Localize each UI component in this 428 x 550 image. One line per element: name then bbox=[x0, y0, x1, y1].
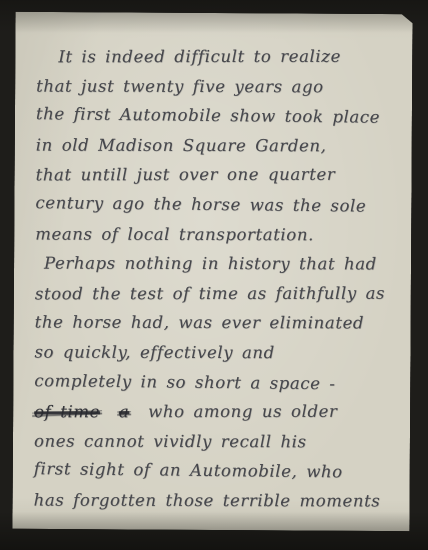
handwritten-line: the first Automobile show took place bbox=[36, 99, 400, 132]
struck-text: a bbox=[119, 402, 129, 421]
scan-background: It is indeed difficult to realizethat ju… bbox=[0, 0, 428, 550]
handwritten-line: stood the test of time as faithfully as bbox=[35, 278, 399, 308]
handwritten-line: has forgotten those terrible moments bbox=[34, 485, 398, 516]
handwritten-line: Perhaps nothing in history that had bbox=[35, 249, 399, 280]
handwritten-line: century ago the horse was the sole bbox=[35, 188, 399, 221]
handwritten-line: in old Madison Square Garden, bbox=[36, 130, 400, 161]
handwritten-line: means of local transportation. bbox=[35, 219, 399, 250]
handwriting-block: It is indeed difficult to realizethat ju… bbox=[34, 41, 401, 517]
handwritten-line: that just twenty five years ago bbox=[36, 71, 400, 102]
letter-page: It is indeed difficult to realizethat ju… bbox=[12, 12, 412, 531]
handwritten-line: completely in so short a space - bbox=[34, 366, 398, 399]
struck-text: of time bbox=[34, 402, 100, 421]
handwritten-line: the horse had, was ever eliminated bbox=[35, 308, 399, 339]
handwritten-line: so quickly, effectively and bbox=[34, 337, 398, 368]
handwritten-line: of time a who among us older bbox=[34, 397, 398, 427]
handwritten-line: ones cannot vividly recall his bbox=[34, 426, 398, 457]
handwritten-text: who among us older bbox=[148, 402, 337, 421]
handwritten-line: that untill just over one quarter bbox=[36, 160, 400, 190]
handwritten-line: It is indeed difficult to realize bbox=[36, 42, 400, 72]
handwritten-line: first sight of an Automobile, who bbox=[34, 454, 398, 487]
